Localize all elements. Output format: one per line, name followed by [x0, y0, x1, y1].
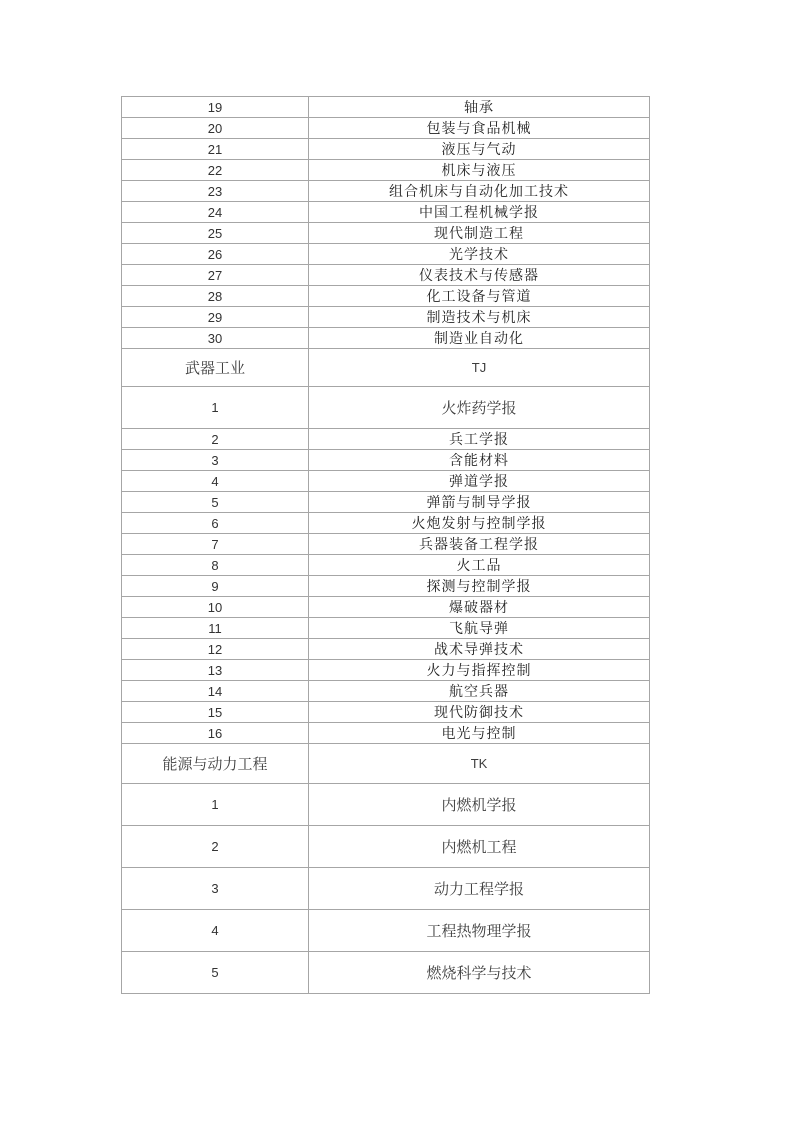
category-row-weapons-industry: 武器工业TJ: [122, 349, 650, 387]
row-index-cell: 1: [122, 784, 309, 826]
row-index-cell: 3: [122, 450, 309, 471]
journal-name-cell: 制造技术与机床: [309, 307, 650, 328]
row-index-cell: 26: [122, 244, 309, 265]
table-row: 16电光与控制: [122, 723, 650, 744]
journal-name-cell: 化工设备与管道: [309, 286, 650, 307]
journal-name-cell: 兵器装备工程学报: [309, 534, 650, 555]
table-row: 22机床与液压: [122, 160, 650, 181]
table-row: 14航空兵器: [122, 681, 650, 702]
table-row: 23组合机床与自动化加工技术: [122, 181, 650, 202]
journal-name-cell: 探测与控制学报: [309, 576, 650, 597]
table-row: 8火工品: [122, 555, 650, 576]
row-index-cell: 4: [122, 471, 309, 492]
row-index-cell: 29: [122, 307, 309, 328]
journal-name-cell: 机床与液压: [309, 160, 650, 181]
journal-name-cell: 火力与指挥控制: [309, 660, 650, 681]
table-row: 1火炸药学报: [122, 387, 650, 429]
table-row: 11飞航导弹: [122, 618, 650, 639]
journal-name-cell: 飞航导弹: [309, 618, 650, 639]
category-code-cell: TJ: [309, 349, 650, 387]
journal-name-cell: 电光与控制: [309, 723, 650, 744]
table-row: 24中国工程机械学报: [122, 202, 650, 223]
row-index-cell: 5: [122, 952, 309, 994]
journal-name-cell: 轴承: [309, 97, 650, 118]
table-row: 25现代制造工程: [122, 223, 650, 244]
row-index-cell: 24: [122, 202, 309, 223]
table-row: 7兵器装备工程学报: [122, 534, 650, 555]
row-index-cell: 2: [122, 826, 309, 868]
table-row: 27仪表技术与传感器: [122, 265, 650, 286]
table-row: 3含能材料: [122, 450, 650, 471]
row-index-cell: 16: [122, 723, 309, 744]
journal-name-cell: 兵工学报: [309, 429, 650, 450]
table-row: 3动力工程学报: [122, 868, 650, 910]
row-index-cell: 7: [122, 534, 309, 555]
journal-name-cell: 现代防御技术: [309, 702, 650, 723]
row-index-cell: 13: [122, 660, 309, 681]
journal-name-cell: 燃烧科学与技术: [309, 952, 650, 994]
journal-name-cell: 液压与气动: [309, 139, 650, 160]
table-row: 15现代防御技术: [122, 702, 650, 723]
table-row: 4工程热物理学报: [122, 910, 650, 952]
journal-name-cell: 内燃机学报: [309, 784, 650, 826]
journal-name-cell: 组合机床与自动化加工技术: [309, 181, 650, 202]
row-index-cell: 30: [122, 328, 309, 349]
journal-name-cell: 仪表技术与传感器: [309, 265, 650, 286]
category-name-cell: 能源与动力工程: [122, 744, 309, 784]
row-index-cell: 25: [122, 223, 309, 244]
row-index-cell: 6: [122, 513, 309, 534]
row-index-cell: 12: [122, 639, 309, 660]
row-index-cell: 3: [122, 868, 309, 910]
category-name-cell: 武器工业: [122, 349, 309, 387]
journal-name-cell: 爆破器材: [309, 597, 650, 618]
table-row: 13火力与指挥控制: [122, 660, 650, 681]
row-index-cell: 8: [122, 555, 309, 576]
table-row: 19轴承: [122, 97, 650, 118]
row-index-cell: 21: [122, 139, 309, 160]
journal-name-cell: 包装与食品机械: [309, 118, 650, 139]
table-row: 26光学技术: [122, 244, 650, 265]
table-row: 20包装与食品机械: [122, 118, 650, 139]
table-row: 5燃烧科学与技术: [122, 952, 650, 994]
row-index-cell: 1: [122, 387, 309, 429]
table-row: 28化工设备与管道: [122, 286, 650, 307]
row-index-cell: 14: [122, 681, 309, 702]
row-index-cell: 5: [122, 492, 309, 513]
row-index-cell: 4: [122, 910, 309, 952]
table-row: 12战术导弹技术: [122, 639, 650, 660]
row-index-cell: 23: [122, 181, 309, 202]
table-row: 5弹箭与制导学报: [122, 492, 650, 513]
journal-name-cell: 火炸药学报: [309, 387, 650, 429]
row-index-cell: 15: [122, 702, 309, 723]
journal-name-cell: 弹箭与制导学报: [309, 492, 650, 513]
journal-name-cell: 战术导弹技术: [309, 639, 650, 660]
table-row: 10爆破器材: [122, 597, 650, 618]
table-row: 4弹道学报: [122, 471, 650, 492]
journal-name-cell: 工程热物理学报: [309, 910, 650, 952]
row-index-cell: 22: [122, 160, 309, 181]
category-row-energy-power: 能源与动力工程TK: [122, 744, 650, 784]
table-row: 21液压与气动: [122, 139, 650, 160]
table-row: 6火炮发射与控制学报: [122, 513, 650, 534]
row-index-cell: 19: [122, 97, 309, 118]
journal-name-cell: 弹道学报: [309, 471, 650, 492]
journal-name-cell: 光学技术: [309, 244, 650, 265]
table-row: 29制造技术与机床: [122, 307, 650, 328]
table-row: 1内燃机学报: [122, 784, 650, 826]
journal-name-cell: 火炮发射与控制学报: [309, 513, 650, 534]
table-row: 2兵工学报: [122, 429, 650, 450]
table-row: 30制造业自动化: [122, 328, 650, 349]
journal-name-cell: 内燃机工程: [309, 826, 650, 868]
row-index-cell: 20: [122, 118, 309, 139]
journal-name-cell: 航空兵器: [309, 681, 650, 702]
category-code-cell: TK: [309, 744, 650, 784]
journal-name-cell: 动力工程学报: [309, 868, 650, 910]
document-page: 19轴承 20包装与食品机械 21液压与气动 22机床与液压 23组合机床与自动…: [0, 0, 793, 1122]
table-row: 2内燃机工程: [122, 826, 650, 868]
journal-name-cell: 中国工程机械学报: [309, 202, 650, 223]
row-index-cell: 9: [122, 576, 309, 597]
journal-catalog-table: 19轴承 20包装与食品机械 21液压与气动 22机床与液压 23组合机床与自动…: [121, 96, 650, 994]
journal-name-cell: 制造业自动化: [309, 328, 650, 349]
row-index-cell: 2: [122, 429, 309, 450]
row-index-cell: 11: [122, 618, 309, 639]
journal-name-cell: 含能材料: [309, 450, 650, 471]
journal-name-cell: 火工品: [309, 555, 650, 576]
row-index-cell: 27: [122, 265, 309, 286]
row-index-cell: 28: [122, 286, 309, 307]
row-index-cell: 10: [122, 597, 309, 618]
table-row: 9探测与控制学报: [122, 576, 650, 597]
journal-name-cell: 现代制造工程: [309, 223, 650, 244]
